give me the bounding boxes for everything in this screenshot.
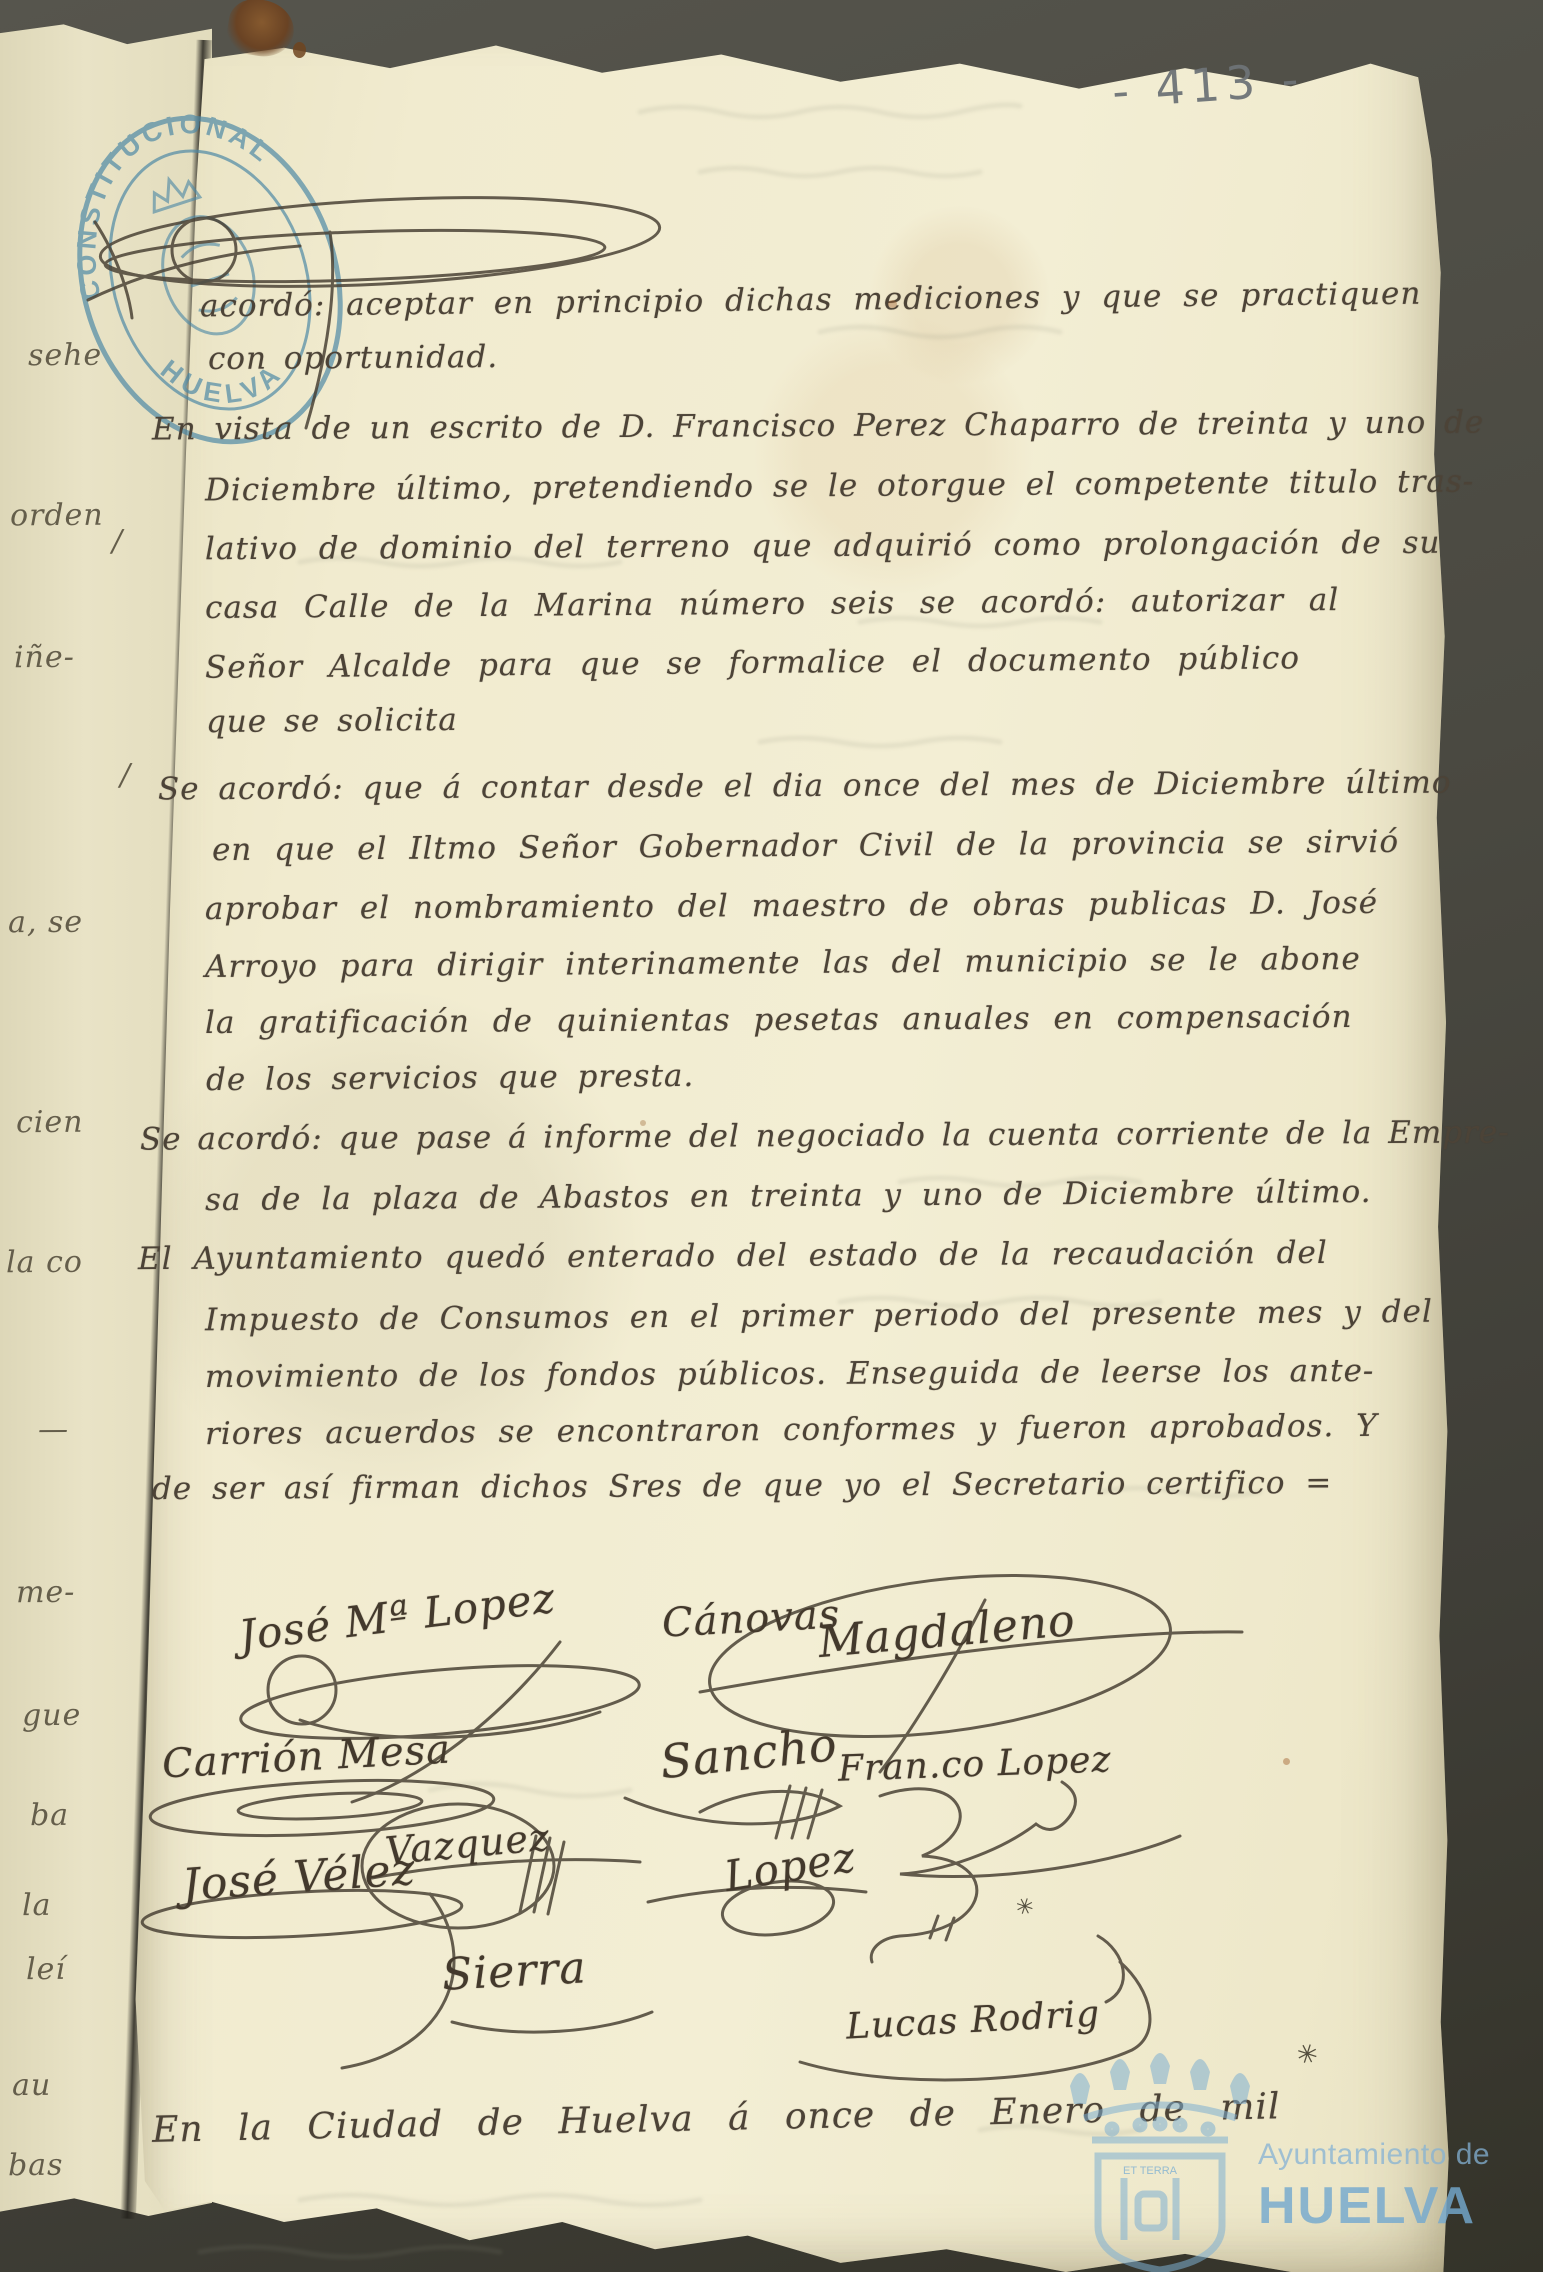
margin-fragment: me- <box>16 1575 76 1610</box>
margin-fragment: bas <box>8 2148 64 2183</box>
margin-fragment: leí <box>26 1952 66 1987</box>
foxing-spot <box>888 300 897 308</box>
margin-fragment: orden <box>10 498 104 534</box>
margin-fragment: gue <box>22 1698 82 1733</box>
margin-fragment: a, se <box>8 905 83 941</box>
signature: Cánovas <box>661 1591 841 1646</box>
foxing-spot <box>1283 1758 1290 1765</box>
watermark-text-line2: HUELVA <box>1258 2176 1476 2236</box>
manuscript-line: Se acordó: que pase á informe del negoci… <box>140 1114 1510 1157</box>
manuscript-line: El Ayuntamiento quedó enterado del estad… <box>138 1235 1328 1277</box>
margin-fragment: / <box>112 524 123 559</box>
margin-fragment: / <box>120 758 131 793</box>
manuscript-line: que se solicita <box>206 702 458 740</box>
manuscript-line: Se acordó: que á contar desde el dia onc… <box>158 765 1452 808</box>
manuscript-line: de los servicios que presta. <box>206 1058 695 1098</box>
paper-residue-dot <box>293 42 306 58</box>
margin-fragment: la co <box>6 1245 83 1281</box>
manuscript-line: la gratificación de quinientas pesetas a… <box>205 999 1353 1041</box>
margin-fragment: — <box>38 1412 69 1447</box>
margin-fragment: cien <box>16 1105 84 1140</box>
manuscript-line: con oportunidad. <box>208 339 498 377</box>
manuscript-line: aprobar el nombramiento del maestro de o… <box>205 885 1378 927</box>
signature: Sierra <box>441 1942 588 2000</box>
margin-fragment: sehe <box>28 338 102 374</box>
manuscript-line: En vista de un escrito de D. Francisco P… <box>152 405 1484 448</box>
watermark-text-line1: Ayuntamiento de <box>1258 2138 1490 2172</box>
margin-fragment: la <box>22 1888 52 1923</box>
manuscript-line: de ser así firman dichos Sres de que yo … <box>152 1465 1333 1507</box>
margin-fragment: ba <box>30 1798 69 1833</box>
margin-fragment: iñe- <box>14 640 75 675</box>
margin-fragment: au <box>12 2068 51 2103</box>
foxing-spot <box>640 1120 646 1126</box>
document-photo: CONSTITUCIONAL HUELVA <box>0 0 1543 2272</box>
manuscript-line: movimiento de los fondos públicos. Enseg… <box>205 1353 1375 1395</box>
manuscript-line: lativo de dominio del terreno que adquir… <box>205 525 1441 567</box>
